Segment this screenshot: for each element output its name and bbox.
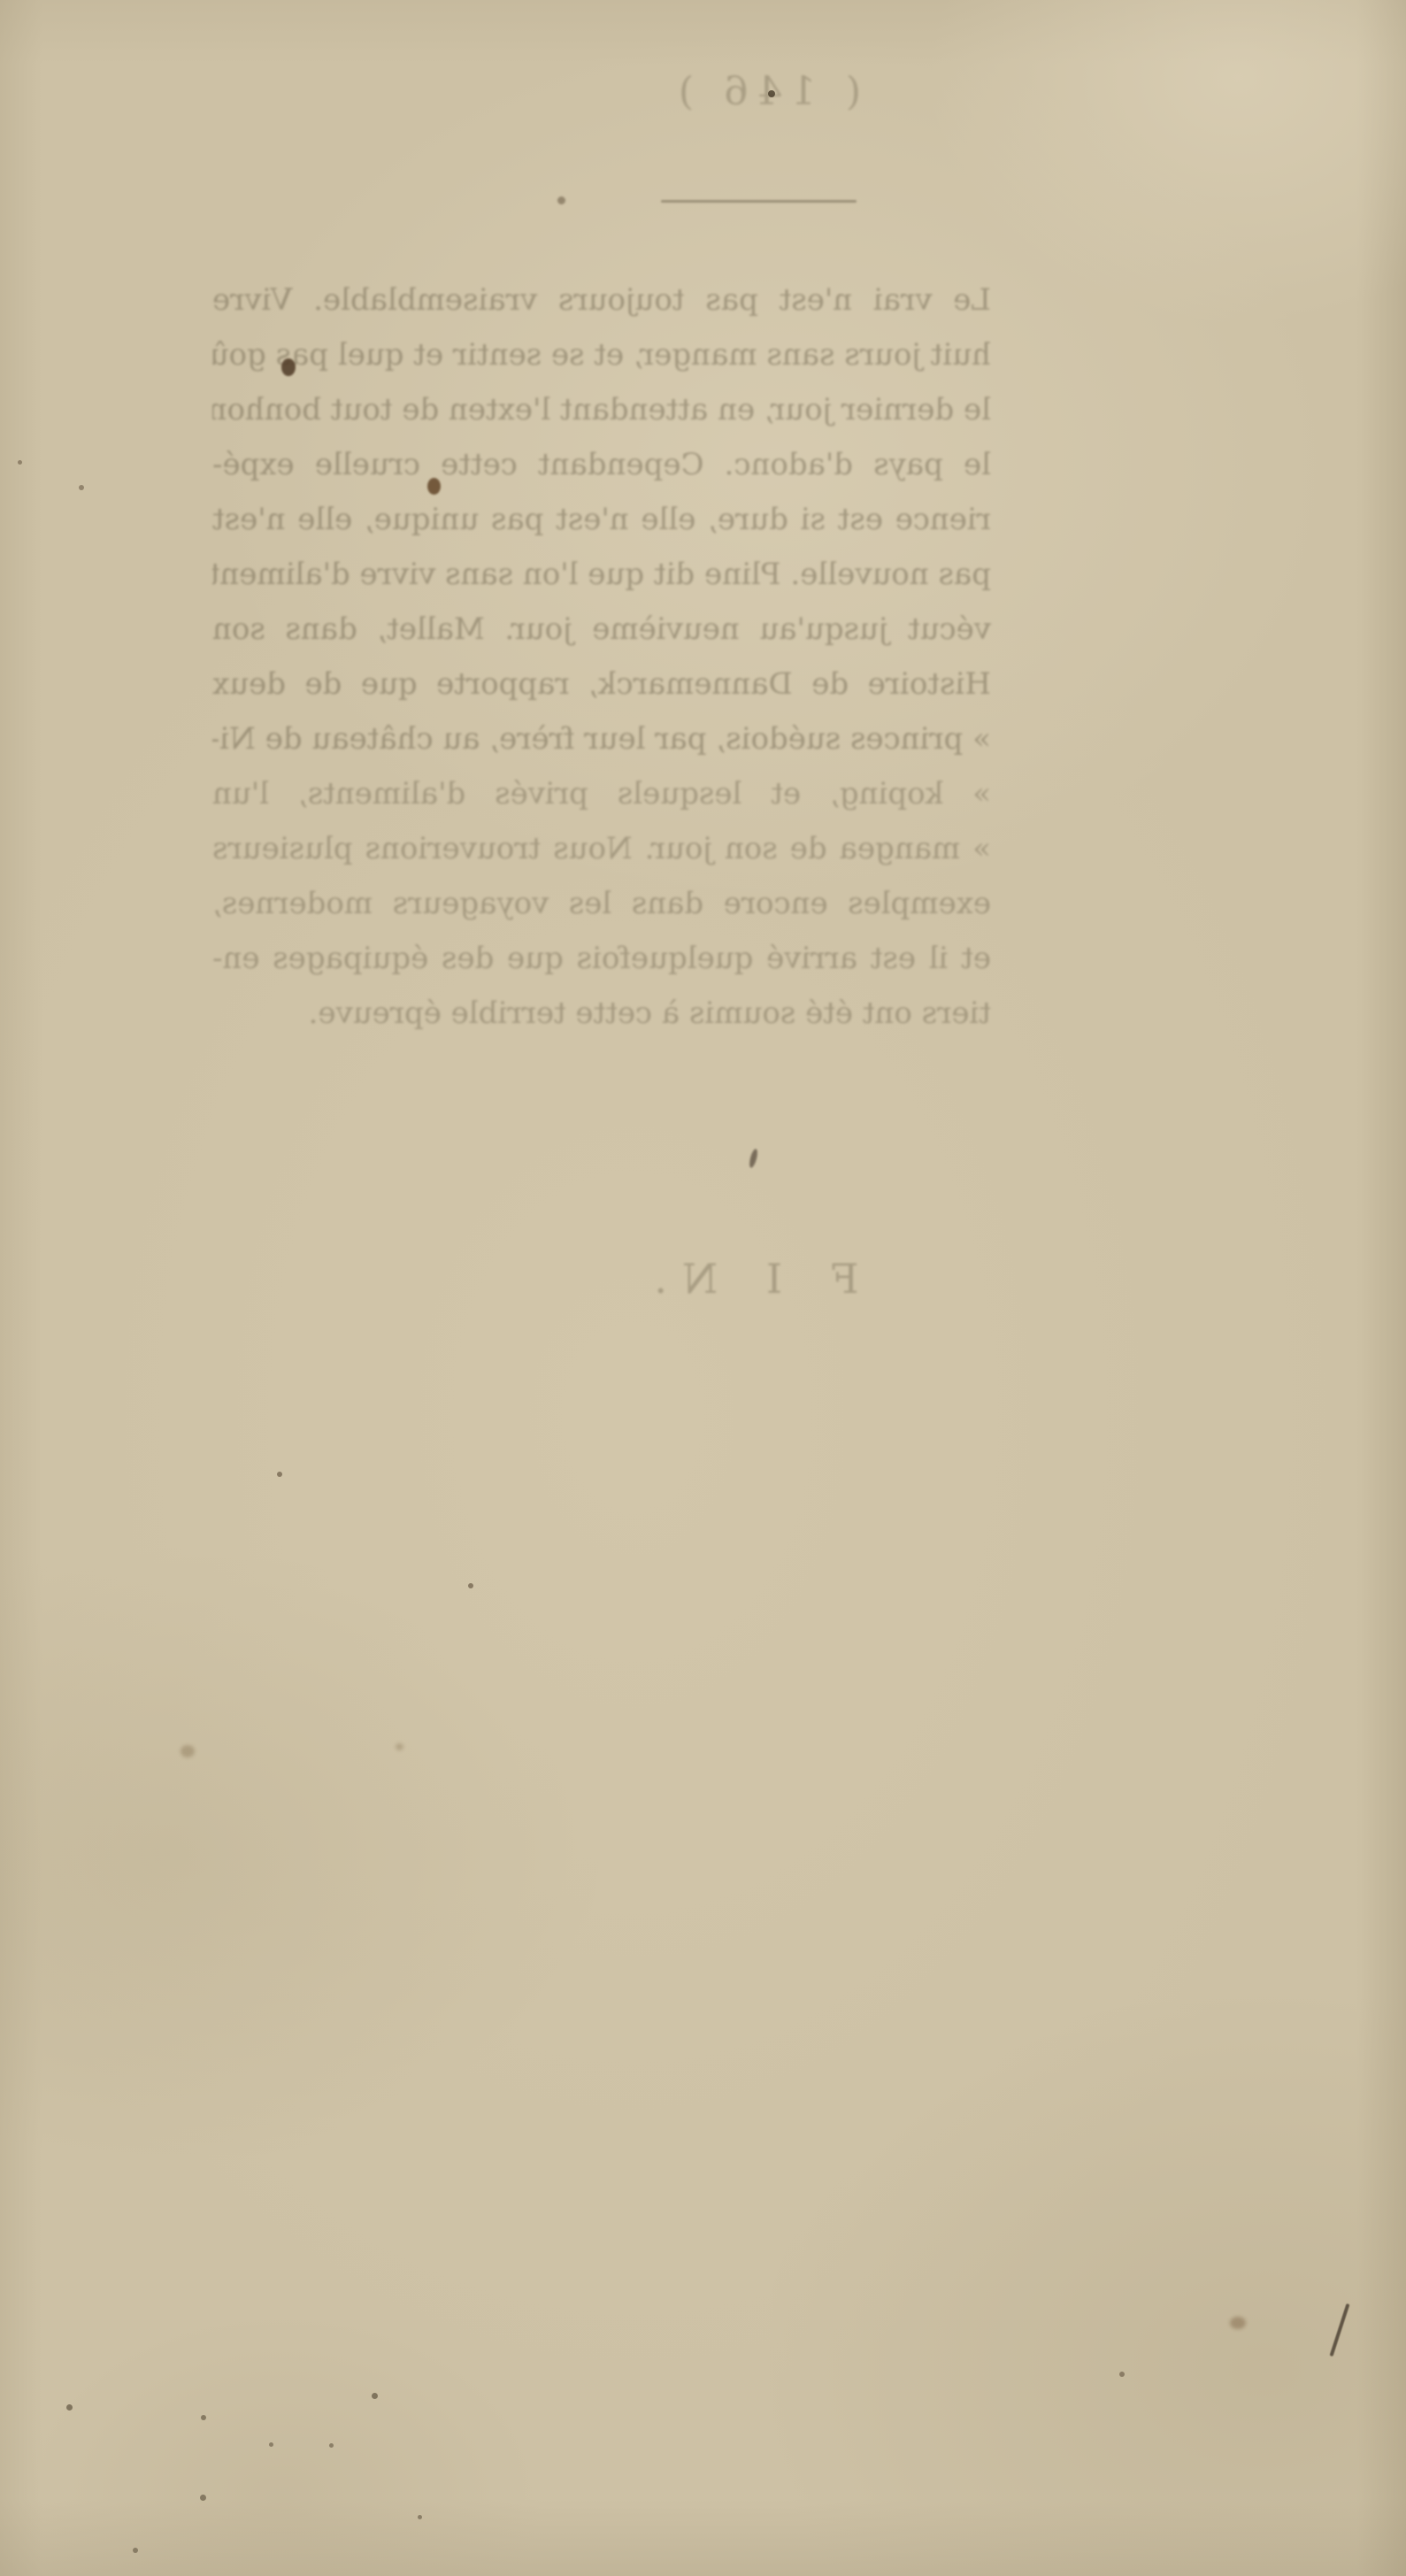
ghost-page-number: ( 146 ) [655,69,876,114]
ghost-text-line: et il est arrivé quelquefois que des équ… [212,931,991,986]
ghost-text-line: Histoire de Dannemarck, rapporte que de … [212,657,991,711]
ghost-text-line: exemples encore dans les voyageurs moder… [212,876,991,931]
foxing-speck [427,478,441,495]
foxing-speck [468,1583,473,1588]
ghost-paragraph: Le vrai n'est pas toujours vraisemblable… [212,273,991,1041]
ghost-text-line: » mangea de son jour. Nous trouverions p… [212,821,991,876]
foxing-speck [281,358,296,376]
ghost-fin-label: F I N. [611,1255,885,1303]
ghost-text-line: tiers ont été soumis à cette terrible ép… [259,986,991,1041]
scanned-book-page: ( 146 ) Le vrai n'est pas toujours vrais… [0,0,1406,2576]
foxing-speck [768,90,775,97]
foxing-speck [277,1472,282,1477]
foxing-speck [269,2442,273,2447]
ghost-text-line: pas nouvelle. Pline dit que l'on sans vi… [212,547,991,602]
foxing-speck [1230,2317,1246,2329]
foxing-speck [181,1745,195,1757]
foxing-speck [79,485,84,490]
foxing-speck [18,460,22,465]
ghost-divider-rule [661,200,857,203]
pen-stroke-mark [1330,2303,1350,2357]
ghost-text-line: » koping, et lesquels privés d'aliments,… [212,766,991,821]
foxing-speck [201,2415,206,2420]
ghost-text-line: vécut jusqu'au neuvième jour. Mallet, da… [212,602,991,657]
foxing-speck [372,2393,378,2399]
foxing-speck [396,1743,403,1750]
foxing-speck [557,196,565,204]
foxing-speck [200,2495,206,2501]
ghost-text-line: huit jours sans manger, et se sentir et … [212,327,991,382]
foxing-speck [66,2404,73,2411]
ghost-text-line: » princes suédois, par leur frère, au ch… [212,711,991,766]
foxing-speck [329,2443,334,2448]
ghost-text-line: rience est si dure, elle n'est pas uniqu… [212,492,991,547]
foxing-speck [1119,2372,1125,2377]
foxing-speck [133,2548,138,2553]
foxing-speck [418,2515,422,2519]
ghost-text-line: le dernier jour, en attendant l'exten de… [212,382,991,437]
foxing-speck [748,1148,758,1168]
ghost-text-line: le pays d'adonc. Cependant cette cruelle… [212,437,991,492]
ghost-text-line: Le vrai n'est pas toujours vraisemblable… [212,273,991,327]
